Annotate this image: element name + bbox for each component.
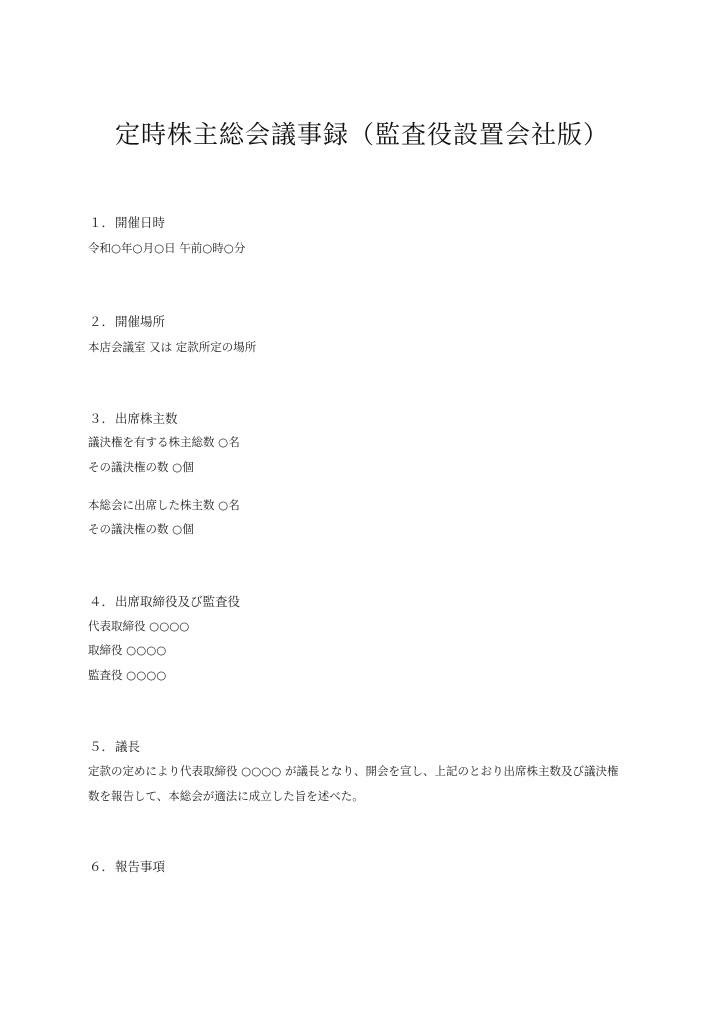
section-3-line-1: 議決権を有する株主総数 ○名: [88, 434, 240, 451]
section-title: 議長: [115, 739, 140, 754]
section-1-line-1: 令和○年○月○日 午前○時○分: [88, 240, 245, 257]
section-4-line-2: 取締役 ○○○○: [88, 642, 166, 659]
section-title: 開催日時: [115, 215, 165, 230]
section-heading-3: ３．出席株主数: [89, 410, 178, 428]
document-title: 定時株主総会議事録（監査役設置会社版）: [0, 117, 724, 153]
section-title: 開催場所: [115, 314, 165, 329]
section-number: １．: [89, 214, 115, 232]
section-title: 出席株主数: [115, 411, 178, 426]
section-heading-5: ５．議長: [89, 738, 140, 756]
section-number: ５．: [89, 738, 115, 756]
section-number: ２．: [89, 313, 115, 331]
section-3-line-2: その議決権の数 ○個: [88, 459, 194, 476]
section-heading-4: ４．出席取締役及び監査役: [89, 593, 240, 611]
section-5-line-2: 数を報告して、本総会が適法に成立した旨を述べた。: [88, 788, 364, 805]
section-title: 出席取締役及び監査役: [115, 594, 240, 609]
document-page: 定時株主総会議事録（監査役設置会社版） １．開催日時 令和○年○月○日 午前○時…: [0, 0, 724, 1024]
section-heading-6: ６．報告事項: [89, 858, 165, 876]
section-3-line-4: その議決権の数 ○個: [88, 521, 194, 538]
section-heading-1: １．開催日時: [89, 214, 165, 232]
section-4-line-3: 監査役 ○○○○: [88, 667, 166, 684]
section-5-line-1: 定款の定めにより代表取締役 ○○○○ が議長となり、開会を宣し、上記のとおり出席…: [88, 763, 618, 780]
section-4-line-1: 代表取締役 ○○○○: [88, 618, 189, 635]
section-title: 報告事項: [115, 859, 165, 874]
section-number: ３．: [89, 410, 115, 428]
section-heading-2: ２．開催場所: [89, 313, 165, 331]
section-3-line-3: 本総会に出席した株主数 ○名: [88, 497, 240, 514]
section-2-line-1: 本店会議室 又は 定款所定の場所: [88, 339, 256, 356]
section-number: ４．: [89, 593, 115, 611]
section-number: ６．: [89, 858, 115, 876]
